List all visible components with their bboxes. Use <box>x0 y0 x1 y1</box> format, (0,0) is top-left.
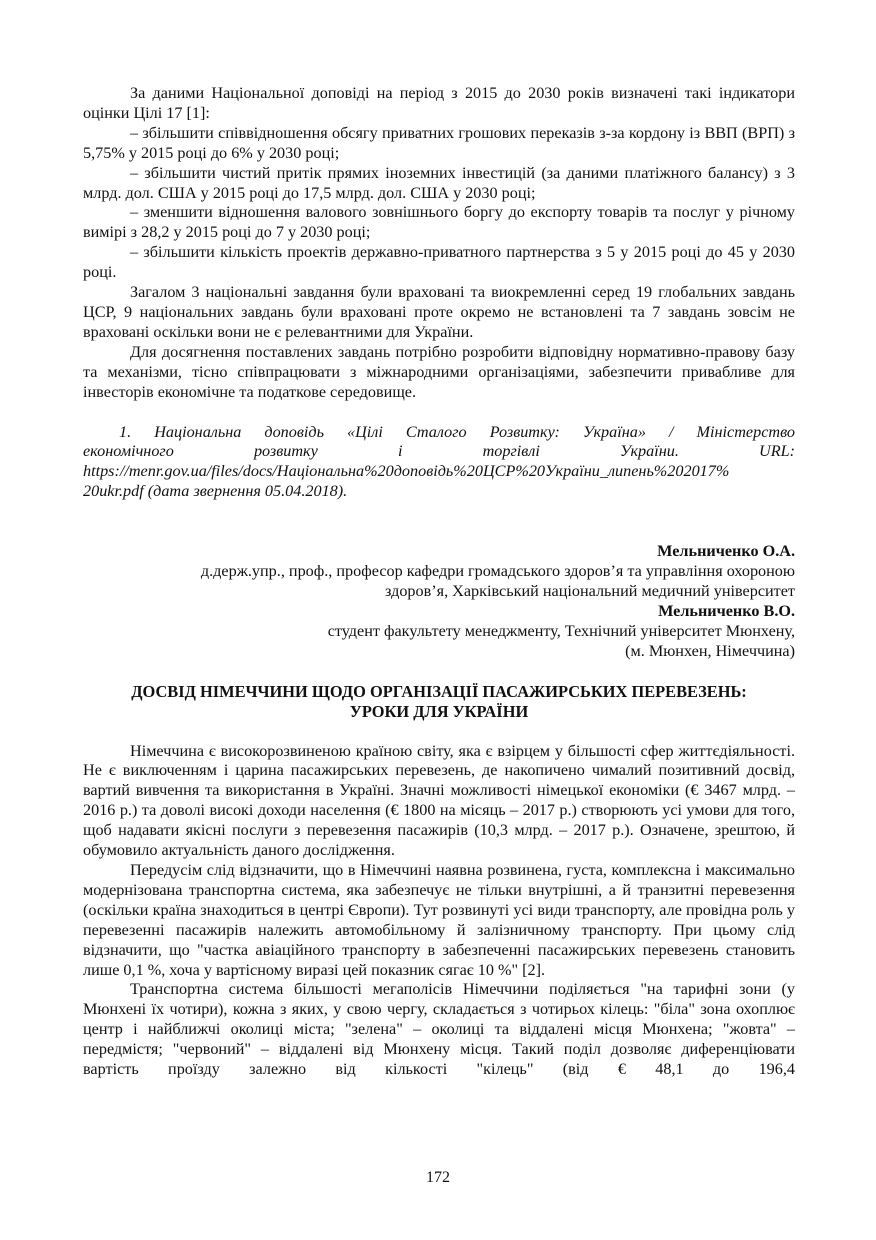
indicator-bullet: – збільшити чистий притік прямих іноземн… <box>83 164 795 204</box>
author-affiliation: студент факультету менеджменту, Технічни… <box>83 622 795 642</box>
body-paragraph: Транспортна система більшості мегаполісі… <box>83 980 795 1080</box>
document-page: За даними Національної доповіді на періо… <box>83 84 795 1080</box>
author-affiliation: (м. Мюнхен, Німеччина) <box>83 642 795 662</box>
reference-line: 20ukr.pdf (дата звернення 05.04.2018). <box>83 482 795 502</box>
reference-line: економічного розвитку і торгівлі України… <box>83 442 795 462</box>
body-paragraph: Загалом 3 національні завдання були врах… <box>83 283 795 343</box>
body-paragraph: Німеччина є високорозвиненою країною сві… <box>83 742 795 861</box>
author-affiliation: д.держ.упр., проф., професор кафедри гро… <box>83 562 795 582</box>
indicator-bullet: – збільшити кількість проектів державно-… <box>83 243 795 283</box>
page-number: 172 <box>0 1168 876 1188</box>
author-block: Мельниченко О.А. д.держ.упр., проф., про… <box>83 542 795 661</box>
author-name: Мельниченко О.А. <box>83 542 795 562</box>
author-affiliation: здоров’я, Харківський національний медич… <box>83 582 795 602</box>
body-paragraph: Передусім слід відзначити, що в Німеччин… <box>83 861 795 980</box>
body-paragraph: Для досягнення поставлених завдань потрі… <box>83 343 795 403</box>
author-name: Мельниченко В.О. <box>83 602 795 622</box>
indicator-bullet: – збільшити співвідношення обсягу приват… <box>83 124 795 164</box>
article-title-line: ДОСВІД НІМЕЧЧИНИ ЩОДО ОРГАНІЗАЦІЇ ПАСАЖИ… <box>83 682 795 702</box>
intro-paragraph: За даними Національної доповіді на періо… <box>83 84 795 124</box>
reference-line: 1. Національна доповідь «Цілі Сталого Ро… <box>83 423 795 443</box>
reference-entry: 1. Національна доповідь «Цілі Сталого Ро… <box>83 423 795 503</box>
article-body: Німеччина є високорозвиненою країною сві… <box>83 742 795 1080</box>
reference-url[interactable]: https://menr.gov.ua/files/docs/Національ… <box>83 462 795 482</box>
article-title: ДОСВІД НІМЕЧЧИНИ ЩОДО ОРГАНІЗАЦІЇ ПАСАЖИ… <box>83 682 795 722</box>
indicator-bullet: – зменшити відношення валового зовнішньо… <box>83 203 795 243</box>
article-title-line: УРОКИ ДЛЯ УКРАЇНИ <box>83 702 795 722</box>
